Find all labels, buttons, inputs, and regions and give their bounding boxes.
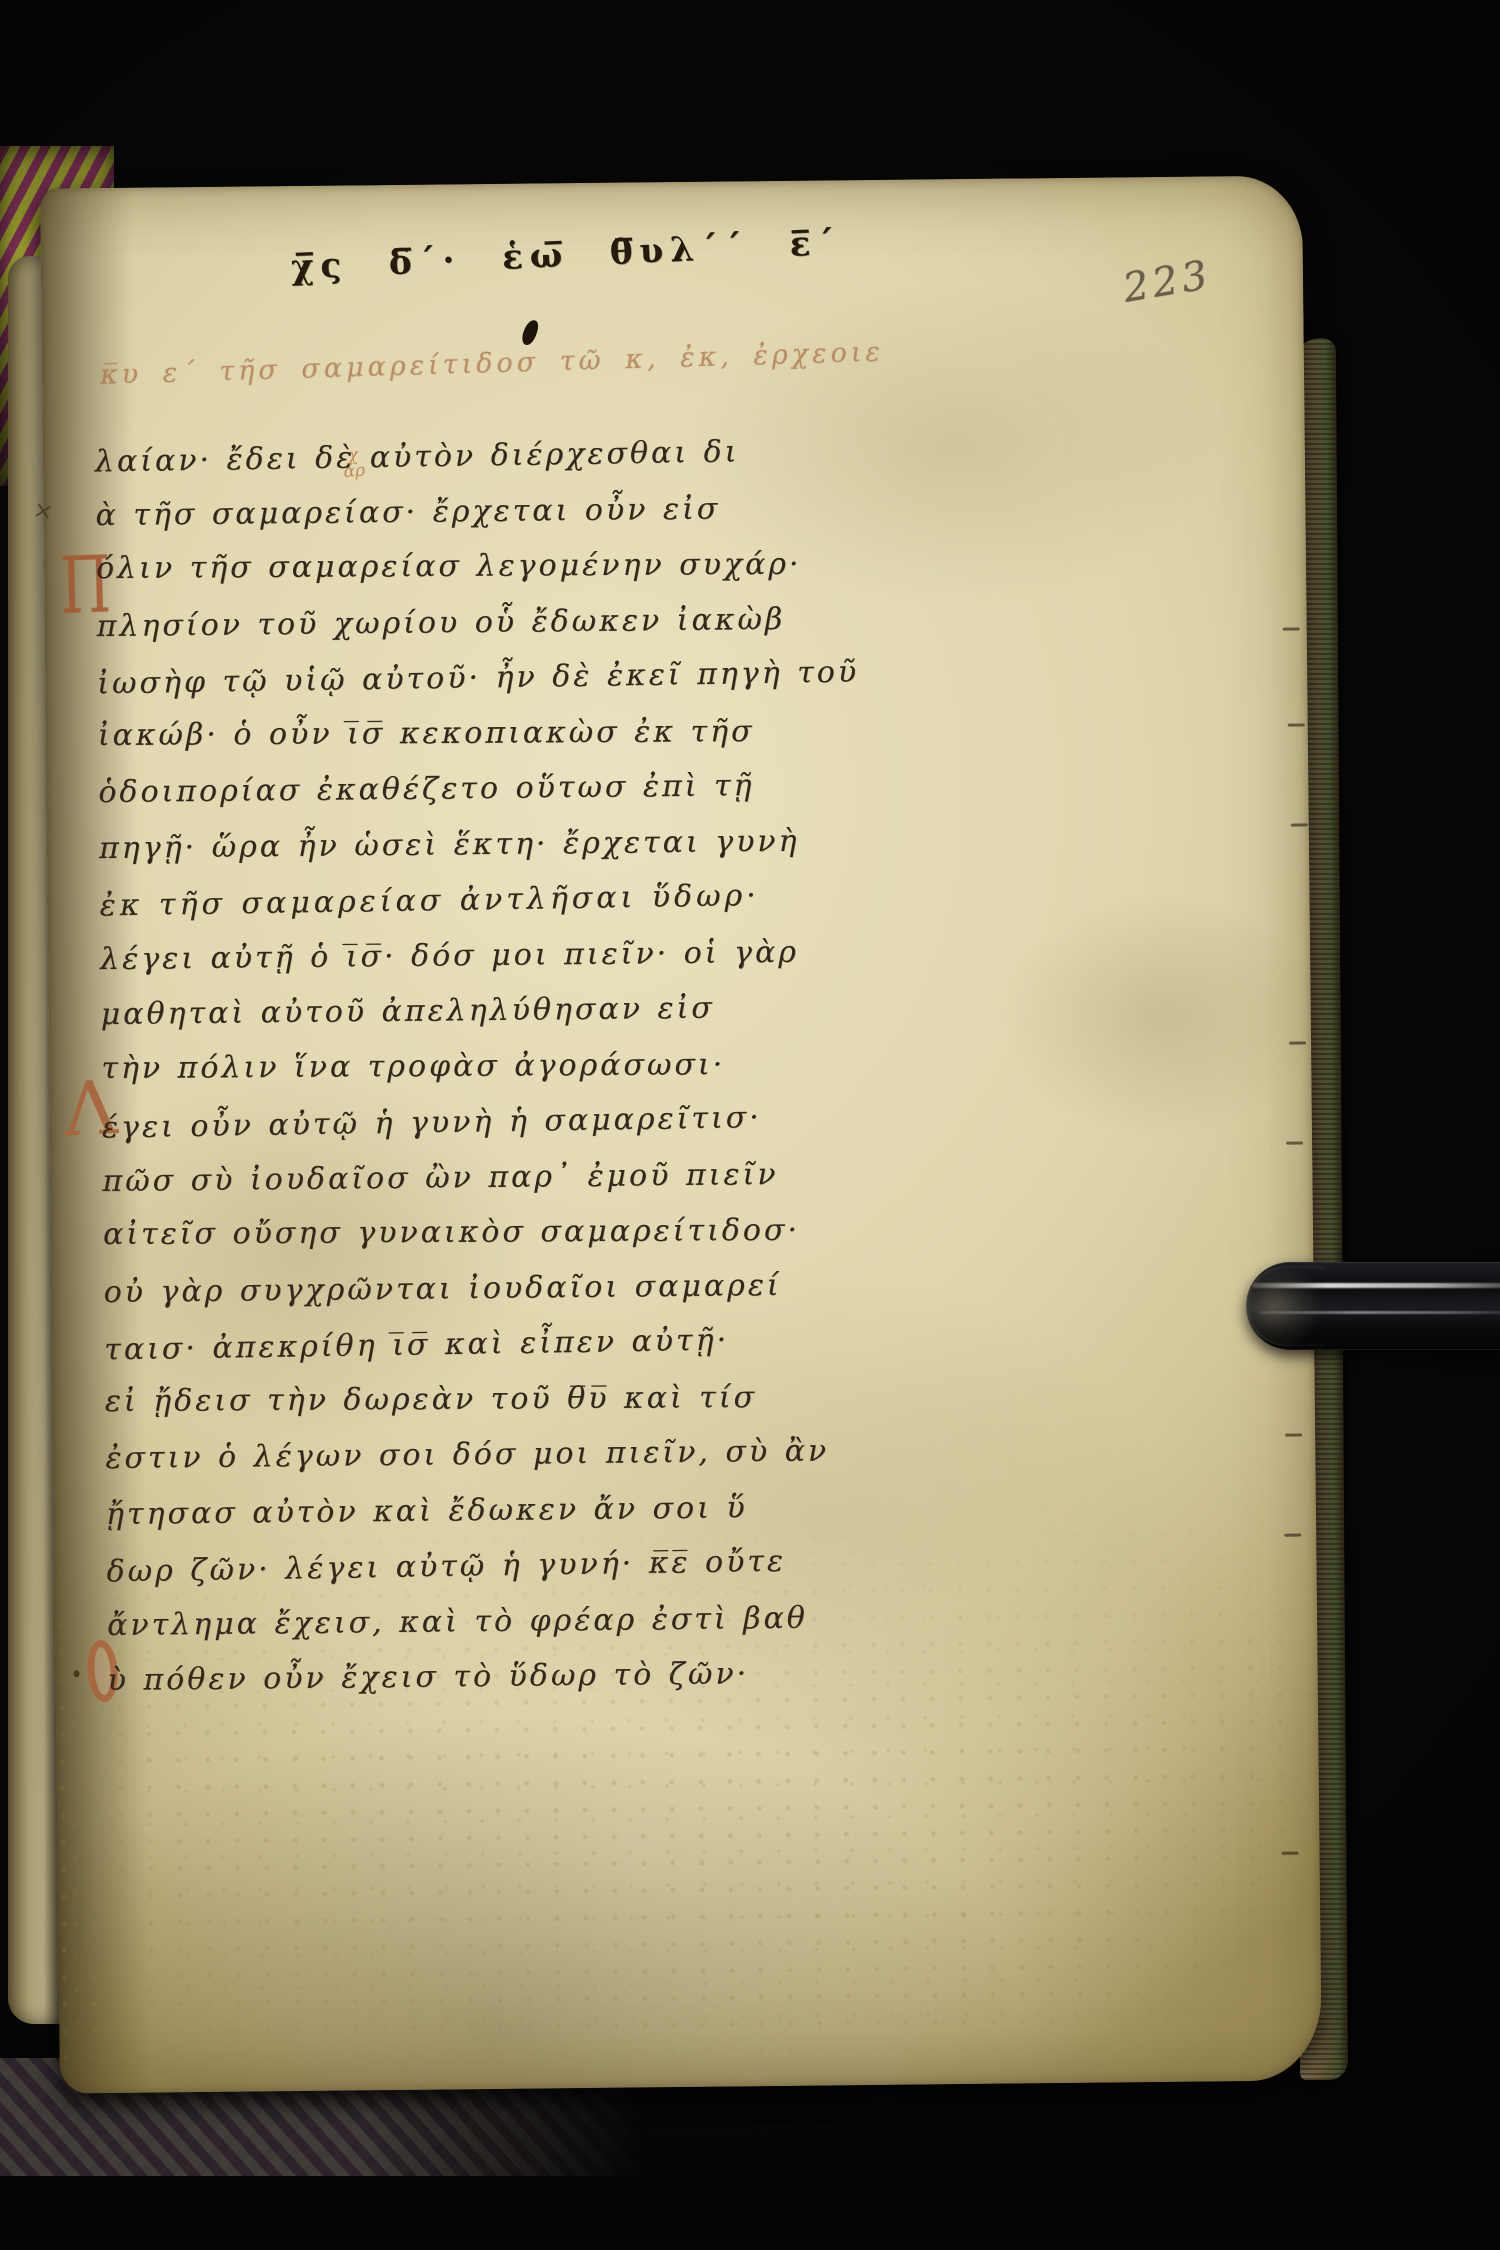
text-line: ὁδοιπορίασ ἐκαθέζετο οὕτωσ ἐπὶ τῇ [98,755,1019,820]
page-number: 223 [1120,252,1215,312]
text-line: τὴν πόλιν ἵνα τροφὰσ ἀγοράσωσι· [101,1035,1021,1096]
stitch-mark [1283,627,1300,630]
glass-rod-highlight [1260,1311,1500,1314]
stitch-mark [1282,1852,1299,1855]
text-block: λαίαν· ἔδει δὲ αὐτὸν διέρχεσθαι δι ὰ τῆσ… [95,422,1028,1708]
stitch-mark [1286,1141,1303,1144]
text-line: ὺ πόθεν οὖν ἔχεισ τὸ ὕδωρ τὸ ζῶν· [107,1643,1028,1708]
manuscript-photo: χ̅ς δ̅΄· ἑω̅ θ̅υλ΄΄ ε̅΄ 223 κ̅υ ε΄ τῆσ σ… [0,0,1500,2250]
text-line: αἰτεῖσ οὔσησ γυναικὸσ σαμαρείτιδοσ· [103,1201,1023,1262]
text-line: μαθηταὶ αὐτοῦ ἀπεληλύθησαν εἰσ [100,977,1021,1042]
text-line: ἰακώβ· ὁ οὖν ι̅σ̅ κεκοπιακὼσ ἐκ τῆσ [98,702,1018,763]
glass-rod-page-holder [1246,1262,1500,1350]
ink-blot [520,318,540,347]
stitch-mark [1284,1534,1301,1537]
header-annotation: χ̅ς δ̅΄· ἑω̅ θ̅υλ΄΄ ε̅΄ [290,223,842,288]
rubric-title: κ̅υ ε΄ τῆσ σαμαρείτιδοσ τῶ κ, ἐκ, ἐρχεοι… [100,330,1120,391]
glass-rod-highlight [1252,1283,1500,1288]
margin-ornament-dot [74,1670,80,1677]
stitch-mark [1289,1041,1306,1044]
stitch-mark [1291,823,1308,826]
stitch-mark [1285,1434,1302,1437]
glass-rod-tip [1246,1266,1324,1345]
text-line: ἐστιν ὁ λέγων σοι δόσ μοι πιεῖν, σὺ ἂν [105,1421,1026,1486]
text-line: εἰ ᾔδεισ τὴν δωρεὰν τοῦ θ̅υ̅ καὶ τίσ [105,1368,1025,1429]
stitch-mark [1288,723,1305,726]
parchment-page: χ̅ς δ̅΄· ἑω̅ θ̅υλ΄΄ ε̅΄ 223 κ̅υ ε΄ τῆσ σ… [40,175,1322,2093]
text-line: όλιν τῆσ σαμαρείασ λεγομένην συχάρ· [96,535,1016,596]
